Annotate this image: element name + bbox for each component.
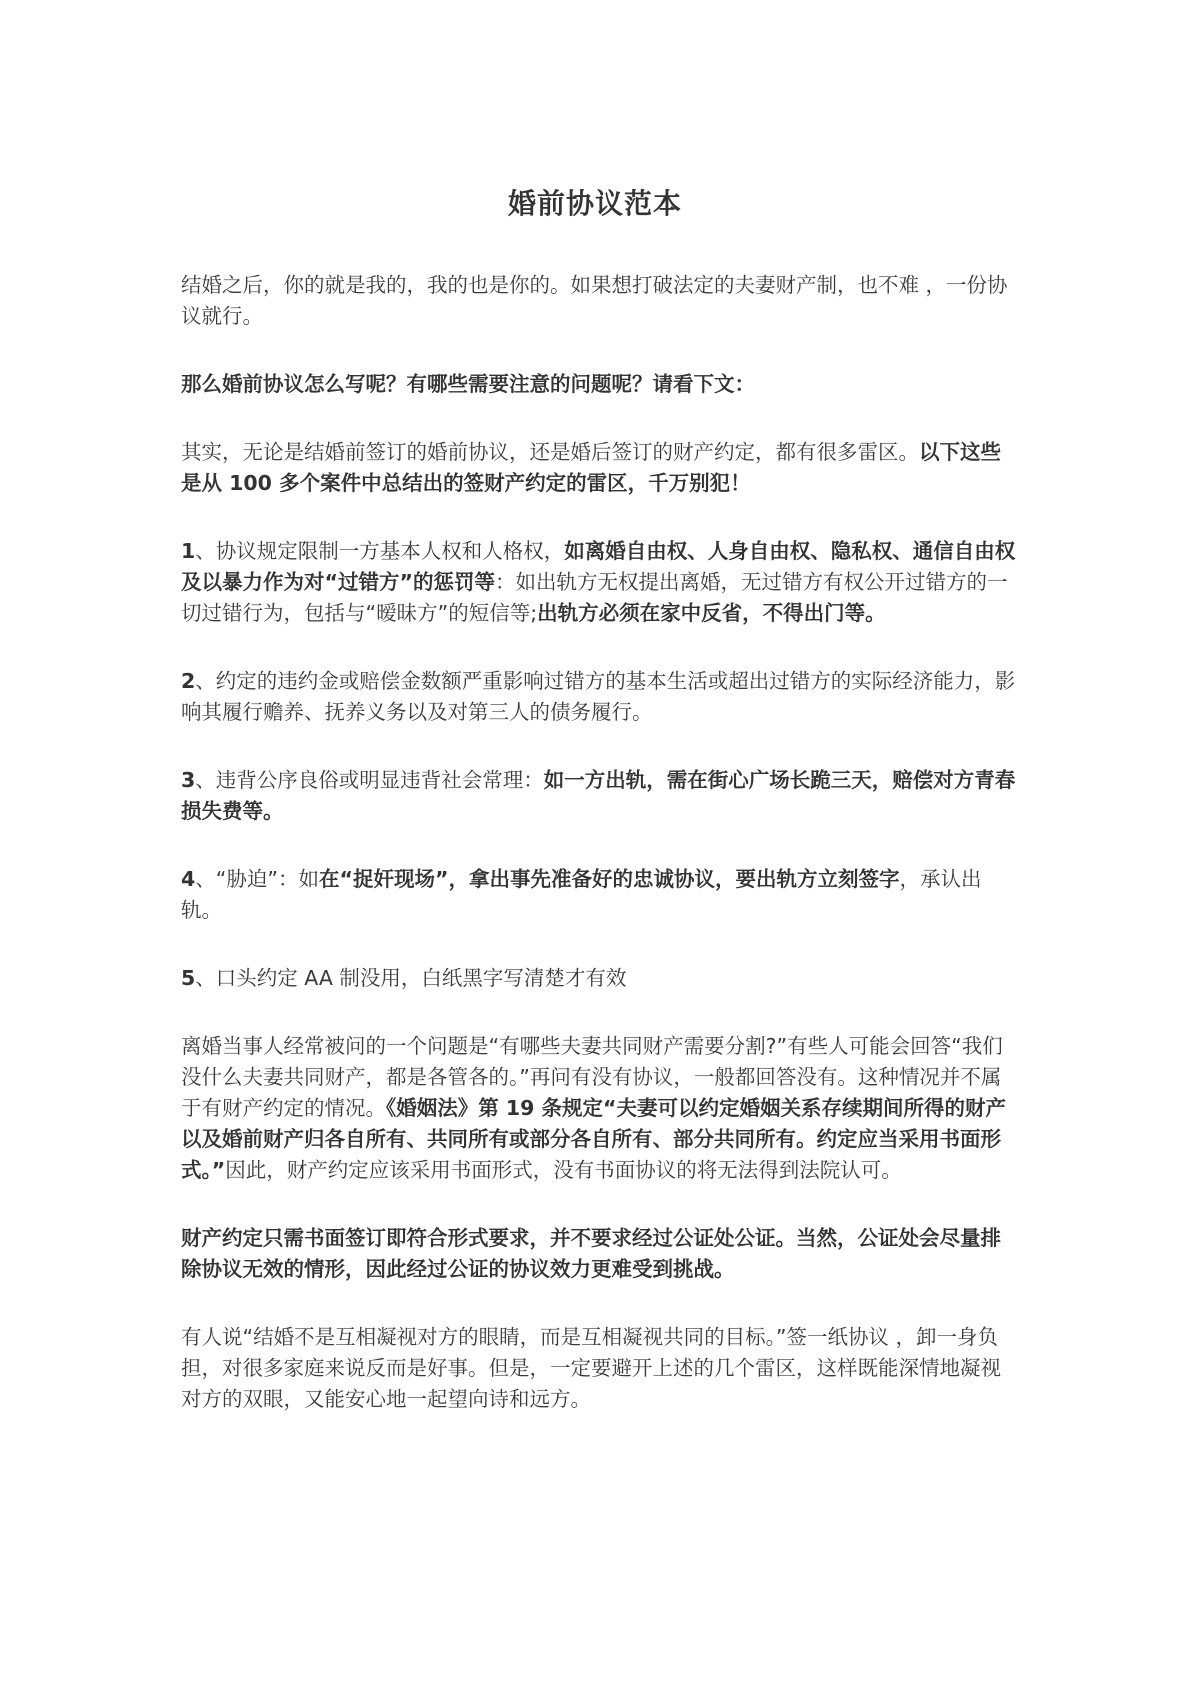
item-number: 4 xyxy=(181,867,195,891)
paragraph-item-1: 1、协议规定限制一方基本人权和人格权，如离婚自由权、人身自由权、隐私权、通信自由… xyxy=(181,536,1021,629)
page-title: 婚前协议范本 xyxy=(0,182,1190,222)
paragraph-item-4: 4、“胁迫”：如在“捉奸现场”，拿出事先准备好的忠诚协议，要出轨方立刻签字，承认… xyxy=(181,864,1021,926)
bold-segment: 财产约定只需书面签订即符合形式要求，并不要求经过公证处公证。当然，公证处会尽量排… xyxy=(181,1226,1001,1281)
item-number: 5 xyxy=(181,966,195,990)
paragraph-item-5: 5、口头约定 AA 制没用，白纸黑字写清楚才有效 xyxy=(181,963,1021,994)
bold-segment: 出轨方必须在家中反省，不得出门等。 xyxy=(537,601,886,625)
text-segment: 、约定的违约金或赔偿金数额严重影响过错方的基本生活或超出过错方的实际经济能力，影… xyxy=(181,669,1015,724)
text-segment: 、“胁迫”：如 xyxy=(195,867,319,891)
document-page: 婚前协议范本 结婚之后，你的就是我的，我的也是你的。如果想打破法定的夫妻财产制，… xyxy=(0,0,1190,1683)
text-segment: 、违背公序良俗或明显违背社会常理： xyxy=(195,768,544,792)
bold-segment: 那么婚前协议怎么写呢？有哪些需要注意的问题呢？请看下文： xyxy=(181,372,755,396)
text-segment: 有人说“结婚不是互相凝视对方的眼睛，而是互相凝视共同的目标。”签一纸协议 ，卸一… xyxy=(181,1325,1001,1411)
bold-segment: 在“捉奸现场”，拿出事先准备好的忠诚协议，要出轨方立刻签字 xyxy=(319,867,899,891)
paragraph-law: 离婚当事人经常被问的一个问题是“有哪些夫妻共同财产需要分割?”有些人可能会回答“… xyxy=(181,1031,1021,1186)
paragraph-intro: 结婚之后，你的就是我的，我的也是你的。如果想打破法定的夫妻财产制，也不难 ，一份… xyxy=(181,270,1021,332)
paragraph-item-2: 2、约定的违约金或赔偿金数额严重影响过错方的基本生活或超出过错方的实际经济能力，… xyxy=(181,666,1021,728)
paragraph-question: 那么婚前协议怎么写呢？有哪些需要注意的问题呢？请看下文： xyxy=(181,369,1021,400)
text-segment: 结婚之后，你的就是我的，我的也是你的。如果想打破法定的夫妻财产制，也不难 ，一份… xyxy=(181,273,1008,328)
document-body: 结婚之后，你的就是我的，我的也是你的。如果想打破法定的夫妻财产制，也不难 ，一份… xyxy=(181,270,1021,1415)
text-segment: 其实，无论是结婚前签订的婚前协议，还是婚后签订的财产约定，都有很多雷区。 xyxy=(181,440,919,464)
paragraph-closing: 有人说“结婚不是互相凝视对方的眼睛，而是互相凝视共同的目标。”签一纸协议 ，卸一… xyxy=(181,1322,1021,1415)
paragraph-item-3: 3、违背公序良俗或明显违背社会常理：如一方出轨，需在街心广场长跪三天，赔偿对方青… xyxy=(181,765,1021,827)
item-number: 2 xyxy=(181,669,195,693)
item-number: 1 xyxy=(181,539,195,563)
paragraph-notary: 财产约定只需书面签订即符合形式要求，并不要求经过公证处公证。当然，公证处会尽量排… xyxy=(181,1223,1021,1285)
item-number: 3 xyxy=(181,768,195,792)
text-segment: 、协议规定限制一方基本人权和人格权， xyxy=(195,539,564,563)
text-segment: 因此，财产约定应该采用书面形式，没有书面协议的将无法得到法院认可。 xyxy=(225,1158,902,1182)
paragraph-overview: 其实，无论是结婚前签订的婚前协议，还是婚后签订的财产约定，都有很多雷区。以下这些… xyxy=(181,437,1021,499)
text-segment: 、口头约定 AA 制没用，白纸黑字写清楚才有效 xyxy=(195,966,626,990)
